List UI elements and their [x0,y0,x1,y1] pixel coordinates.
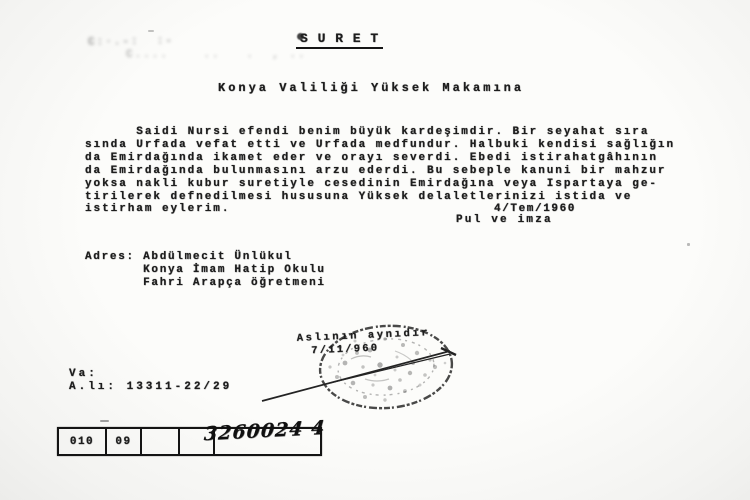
file-reference-number: A.lı: 13311-22/29 [69,381,232,394]
body-line: istirham eylerim. [85,203,675,216]
body-line: tirilerek defnedilmesi hususuna Yüksek d… [85,191,675,204]
file-reference-block: Va: A.lı: 13311-22/29 [69,368,232,393]
address-block: Adres: Abdülmecit Ünlükul Konya İmam Hat… [85,251,326,290]
classification-cell: 010 [59,429,107,454]
scan-speck [100,420,109,422]
file-reference-line: Va: [69,368,232,381]
address-line: Konya İmam Hatip Okulu [85,264,326,277]
letterhead-smudge-bottom: C.... .. . , .. [126,49,307,61]
scanned-document: C:·.-: :- C.... .. . , .. S U R E T Kony… [0,0,750,500]
body-line: da Emirdağında ikamet eder ve orayı seve… [85,152,675,165]
address-line: Fahri Arapça öğretmeni [85,277,326,290]
body-line: da Emirdağında bulunmasını arzu ederdi. … [85,165,675,178]
document-title-text: S U R E T [300,31,379,46]
body-line: yoksa nakli kubur suretiyle cesedinin Em… [85,178,675,191]
scan-speck [687,243,690,246]
scan-speck [148,30,154,32]
classification-cell: 09 [107,429,142,454]
classification-cell [142,429,180,454]
body-line: sında Urfada vefat etti ve Urfada medfun… [85,139,675,152]
petition-body: Saidi Nursi efendi benim büyük kardeşimd… [85,126,675,216]
body-line: Saidi Nursi efendi benim büyük kardeşimd… [85,126,675,139]
document-title: S U R E T [296,31,383,49]
letterhead-smudge-top: C:·.-: :- [88,35,174,48]
ink-blot [297,33,304,40]
stamp-and-signature-note: Pul ve imza [456,214,553,226]
address-line: Adres: Abdülmecit Ünlükul [85,251,326,264]
addressee-line: Konya Valiliği Yüksek Makamına [218,81,524,95]
